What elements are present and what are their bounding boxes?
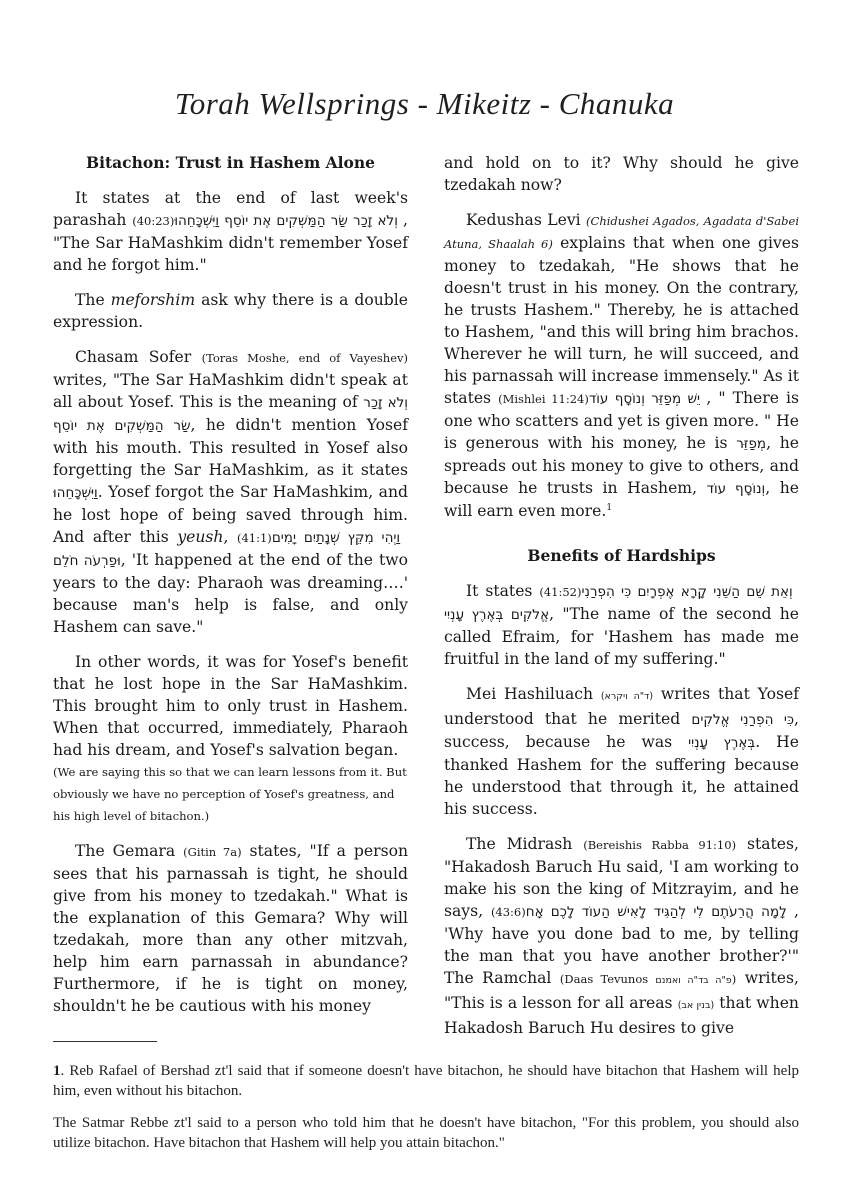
left-column: Bitachon: Trust in Hashem Alone It state…: [53, 150, 408, 1030]
paragraph-mei-hashiluach: Mei Hashiluach (ד"ה ויקרא) writes that Y…: [444, 683, 799, 820]
text: states, "If a person sees that his parna…: [53, 842, 408, 1015]
paragraph-parashah-quote: It states at the end of last week's para…: [53, 187, 408, 276]
paragraph-in-other-words: In other words, it was for Yosef's benef…: [53, 651, 408, 761]
text: Chasam Sofer: [75, 348, 202, 366]
text: Kedushas Levi: [466, 211, 586, 229]
paragraph-meforshim: The meforshim ask why there is a double …: [53, 289, 408, 333]
footnote-number: 1: [53, 1063, 61, 1079]
source-citation: (41:1): [237, 531, 272, 545]
right-column: and hold on to it? Why should he give tz…: [444, 152, 799, 1052]
italic-term: meforshim: [111, 291, 195, 309]
hebrew-quote: וְלֹא זָכַר שַׂר הַמַּשְׁקִים אֶת יוֹסֵף…: [174, 213, 403, 229]
paragraph-kedushas-levi: Kedushas Levi (Chidushei Agados, Agadata…: [444, 209, 799, 522]
hebrew-quote: יֵשׁ מְפַזֵּר וְנוֹסָף עוֹד: [589, 391, 707, 407]
footnote-divider: [53, 1041, 157, 1042]
hebrew-quote: וְנוֹסָף עוֹד: [707, 481, 766, 497]
footnote-1-continued: The Satmar Rebbe zt'l said to a person w…: [53, 1114, 799, 1153]
source-citation: (41:52): [539, 585, 581, 599]
paragraph-continuation: and hold on to it? Why should he give tz…: [444, 152, 799, 196]
section-heading-hardships: Benefits of Hardships: [444, 545, 799, 567]
footnote-text: . Reb Rafael of Bershad zt'l said that i…: [53, 1063, 799, 1099]
text: Mei Hashiluach: [466, 685, 601, 703]
source-citation-hebrew: פ"ה בד"ה ואמנם: [655, 975, 731, 986]
source-citation: (Mishlei 11:24): [498, 392, 589, 406]
italic-term: yeush: [177, 528, 223, 546]
text: ,: [223, 528, 237, 546]
text: It states: [466, 582, 539, 600]
paragraph-chasam-sofer: Chasam Sofer (Toras Moshe, end of Vayesh…: [53, 346, 408, 638]
footnote-1: 1. Reb Rafael of Bershad zt'l said that …: [53, 1062, 799, 1101]
source-citation: (Toras Moshe, end of Vayeshev): [202, 351, 408, 365]
text: The Midrash: [466, 835, 583, 853]
hebrew-quote: בְּאֶרֶץ עָנְיִי: [688, 735, 755, 751]
paragraph-midrash: The Midrash (Bereishis Rabba 91:10) stat…: [444, 833, 799, 1039]
parenthetical-note: (We are saying this so that we can learn…: [53, 761, 408, 827]
source-citation: (Daas Tevunos: [560, 972, 655, 986]
paragraph-gemara: The Gemara (Gitin 7a) states, "If a pers…: [53, 840, 408, 1017]
hebrew-quote: וַיִּשְׁכָּחֵהוּ: [53, 485, 98, 501]
footnote-text: The Satmar Rebbe zt'l said to a person w…: [53, 1115, 799, 1151]
source-citation: (ד"ה ויקרא): [601, 691, 653, 702]
source-citation: (Bereishis Rabba 91:10): [583, 838, 736, 852]
source-citation-hebrew: (בנין אב): [678, 1000, 714, 1011]
hebrew-quote: כִּי הִפְרַנִי אֱלֹקִים: [691, 712, 794, 728]
footnotes: 1. Reb Rafael of Bershad zt'l said that …: [53, 1062, 799, 1166]
section-heading-bitachon: Bitachon: Trust in Hashem Alone: [53, 152, 408, 174]
text: writes, "The Sar HaMashkim didn't speak …: [53, 371, 408, 411]
hebrew-quote: לָמָה הֲרֵעֹתֶם לִי לְהַגִּיד לָאִישׁ הַ…: [526, 904, 794, 920]
text: explains that when one gives money to tz…: [444, 234, 799, 407]
hebrew-quote: מְפַזֵּר: [736, 436, 766, 452]
text: The Gemara: [75, 842, 183, 860]
paragraph-efraim: It states (41:52) וְאֵת שֵׁם הַשֵּׁנִי ק…: [444, 580, 799, 670]
footnote-ref[interactable]: 1: [606, 503, 612, 513]
source-citation: (40:23): [132, 214, 174, 228]
page-title: Torah Wellsprings - Mikeitz - Chanuka: [0, 86, 849, 122]
source-citation: (Gitin 7a): [183, 845, 241, 859]
source-citation: (43:6): [491, 905, 526, 919]
text: The: [75, 291, 111, 309]
